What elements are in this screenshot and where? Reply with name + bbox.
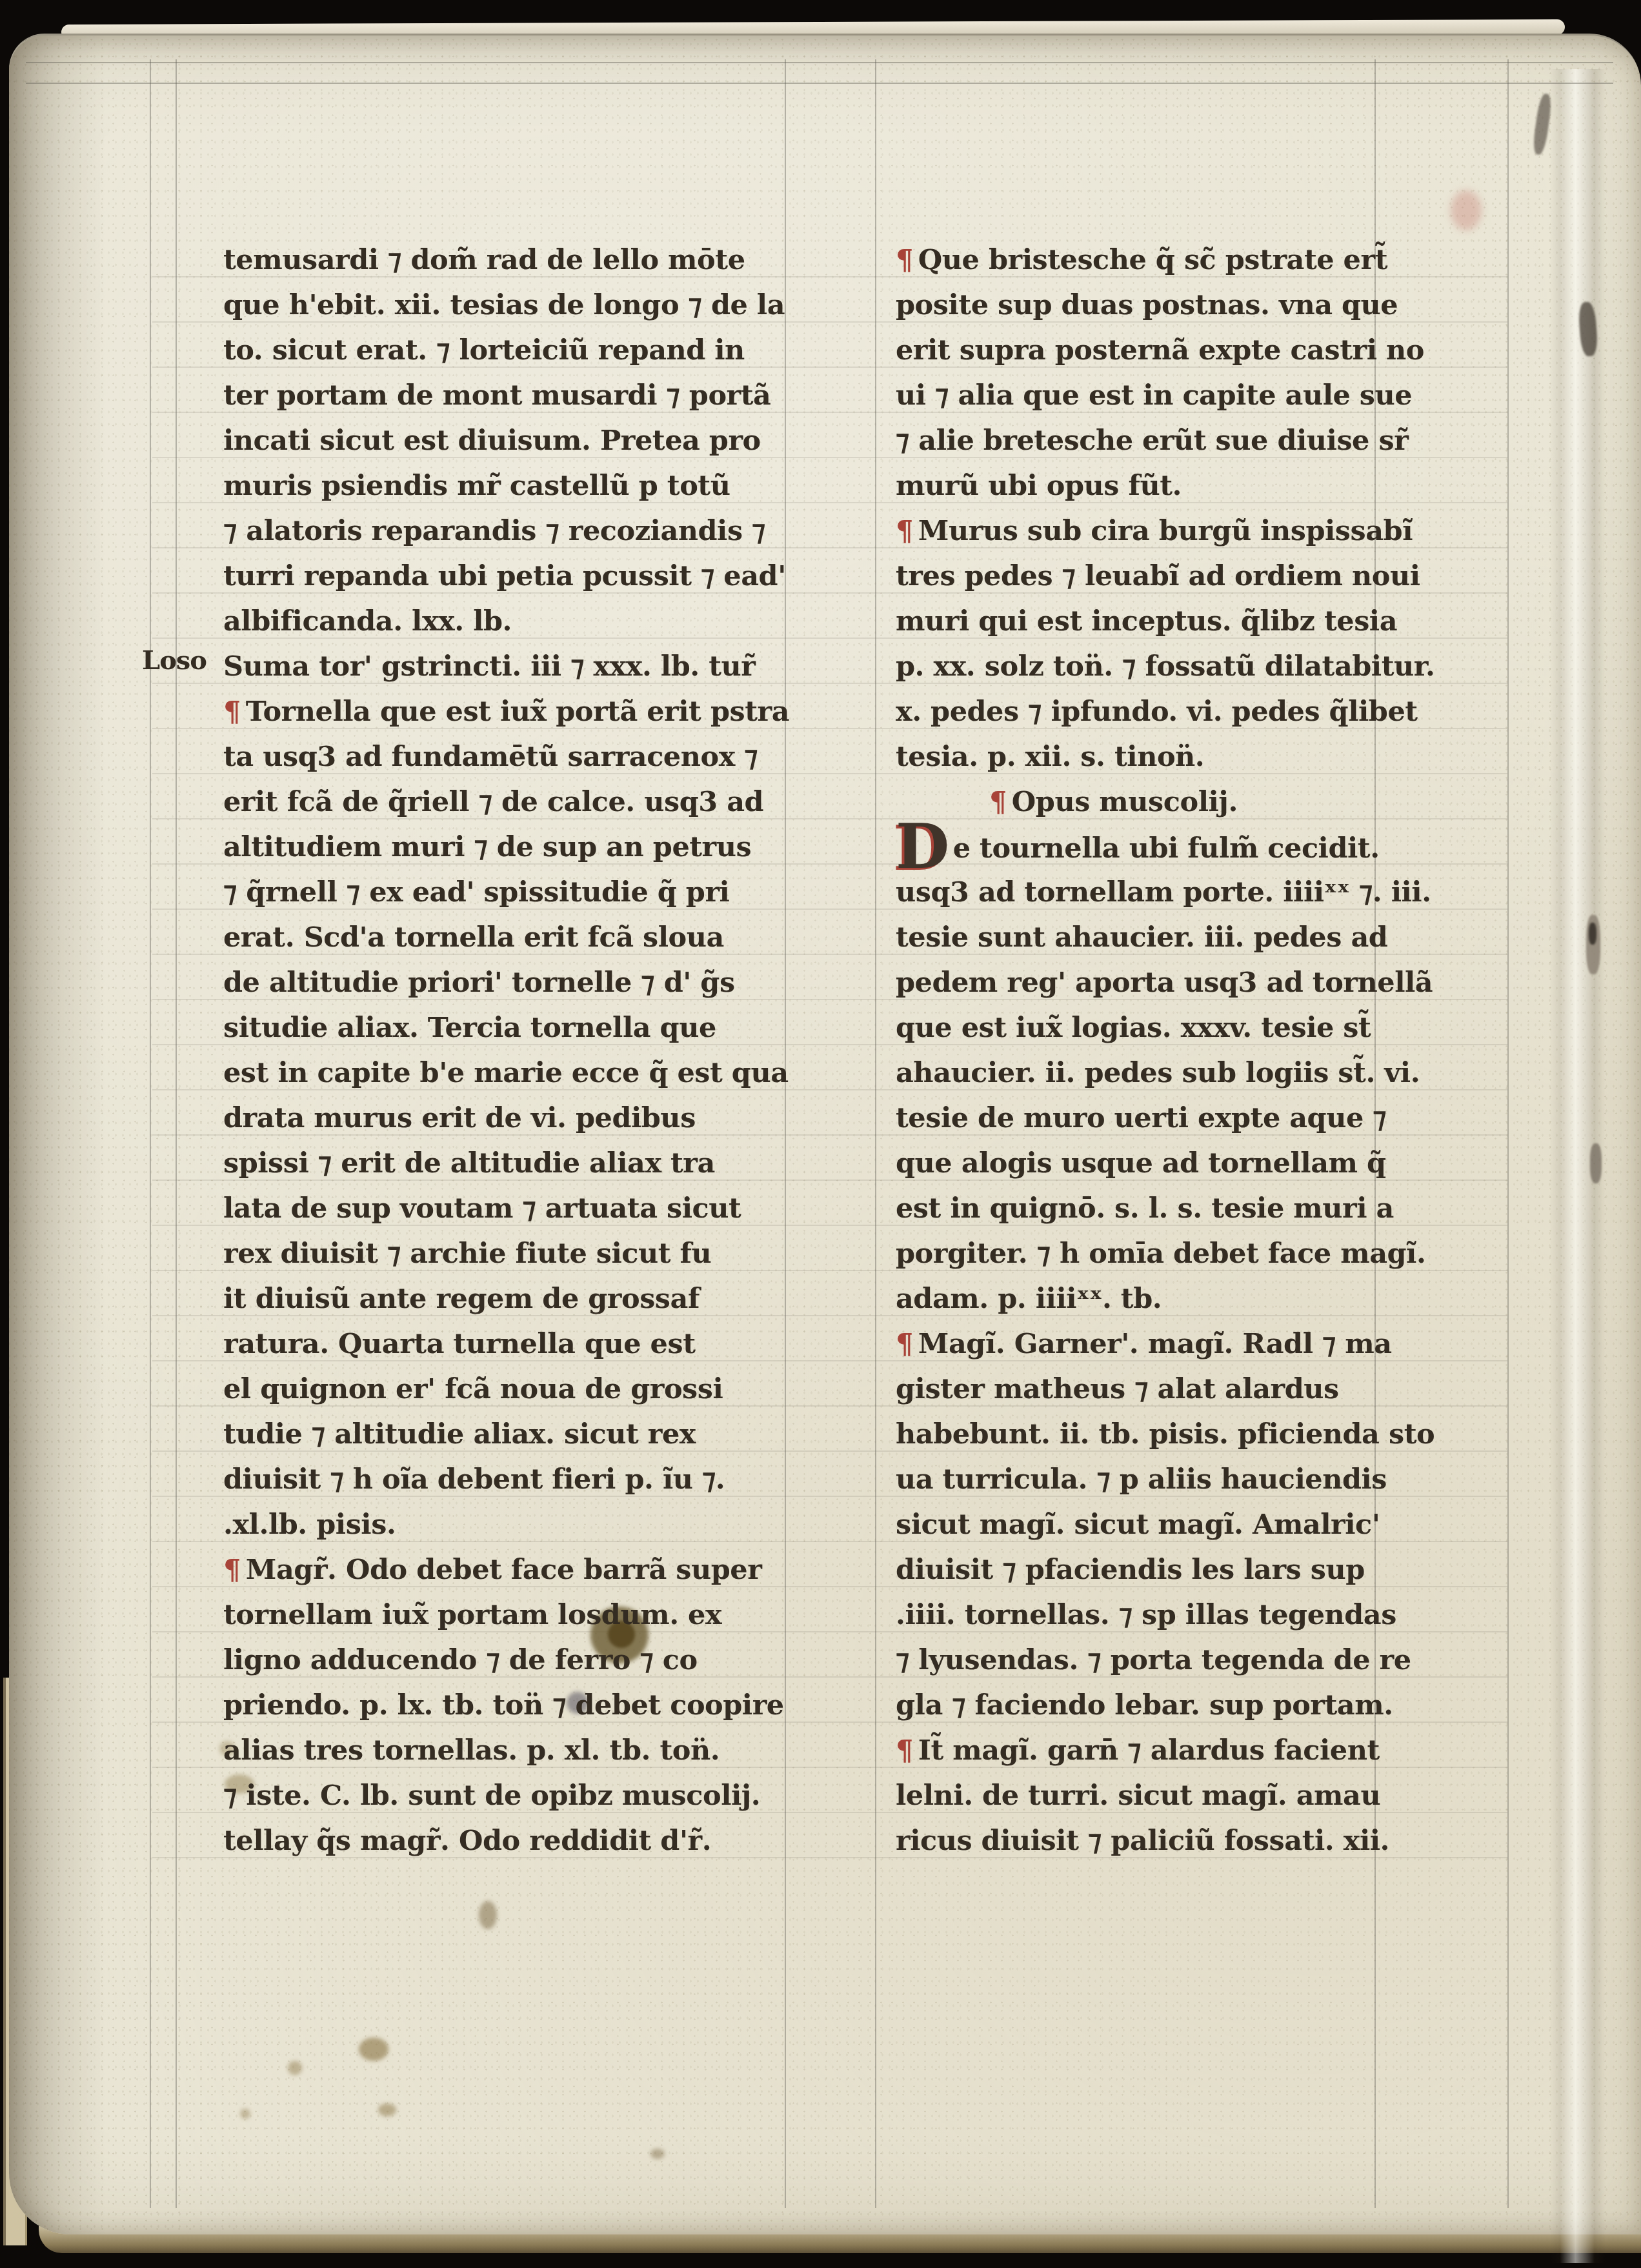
- line-text: muris psiendis mr̃ castellũ p totũ: [223, 470, 730, 502]
- text-line: que alogis usque ad tornellam q̃: [896, 1143, 1480, 1189]
- text-line: tellay q̃s magr̃. Odo reddidit d'r̃.: [223, 1821, 794, 1866]
- text-line: est in quignō. s. l. s. tesie muri a: [896, 1189, 1480, 1234]
- line-text: diuisit ⁊ h oĩa debent fieri p. ĩu ⁊.: [223, 1463, 725, 1496]
- text-line: .iiii. tornellas. ⁊ sp illas tegendas: [896, 1595, 1480, 1640]
- edge-tear-hole: [1589, 923, 1596, 945]
- text-line: it diuisũ ante regem de grossaf: [223, 1279, 794, 1324]
- line-text: usq3 ad tornellam porte. iiiiˣˣ ⁊. iii.: [896, 876, 1431, 908]
- line-text: alias tres tornellas. p. xl. tb. ton̈.: [223, 1734, 720, 1767]
- text-line: drata murus erit de vi. pedibus: [223, 1098, 794, 1143]
- text-line: ratura. Quarta turnella que est: [223, 1324, 794, 1369]
- line-text: turri repanda ubi petia pcussit ⁊ ead': [223, 560, 786, 592]
- line-text: ⁊ alatoris reparandis ⁊ recoziandis ⁊: [223, 515, 765, 547]
- line-text: ⁊ alie bretesche erũt sue diuise sr̃: [896, 425, 1408, 457]
- marginal-note: Loso: [142, 645, 206, 676]
- margin-rule-right-outer: [1507, 59, 1509, 2208]
- bottom-stain: [650, 2149, 665, 2159]
- text-line: tesie sunt ahaucier. iii. pedes ad: [896, 918, 1480, 963]
- text-line: ¶Magr̃. Odo debet face barrã super: [223, 1550, 794, 1595]
- line-text: drata murus erit de vi. pedibus: [223, 1102, 696, 1134]
- text-line: ui ⁊ alia que est in capite aule sue: [896, 376, 1480, 421]
- line-text: ua turricula. ⁊ p aliis hauciendis: [896, 1463, 1387, 1496]
- text-line: adam. p. iiiiˣˣ. tb.: [896, 1279, 1480, 1324]
- line-text: que alogis usque ad tornellam q̃: [896, 1147, 1386, 1179]
- text-line: ¶Tornella que est iux̃ portã erit pstra: [223, 692, 794, 737]
- manuscript-photo: { "colors":{"background":"#0c0907","parc…: [0, 0, 1641, 2268]
- text-line: altitudiem muri ⁊ de sup an petrus: [223, 827, 794, 872]
- text-line: ligno adducendo ⁊ de ferro ⁊ co: [223, 1640, 794, 1685]
- line-text: habebunt. ii. tb. pisis. pficienda sto: [896, 1418, 1435, 1450]
- rubric-mark: ¶: [896, 1734, 918, 1767]
- line-text: de altitudie priori' tornelle ⁊ d' g̃s: [223, 967, 735, 999]
- line-text: diuisit ⁊ pfaciendis les lars sup: [896, 1554, 1365, 1586]
- text-line: gister matheus ⁊ alat alardus: [896, 1369, 1480, 1414]
- bottom-stain: [288, 2061, 302, 2075]
- text-line: incati sicut est diuisum. Pretea pro: [223, 421, 794, 466]
- text-line: p. xx. solz ton̈. ⁊ fossatũ dilatabitur.: [896, 647, 1480, 692]
- text-line: gla ⁊ faciendo lebar. sup portam.: [896, 1685, 1480, 1731]
- line-text: ahaucier. ii. pedes sub logiis st̃. vi.: [896, 1057, 1420, 1089]
- rubric-mark: ¶: [896, 1328, 918, 1360]
- line-text: murũ ubi opus fũt.: [896, 470, 1182, 502]
- line-text: tesie sunt ahaucier. iii. pedes ad: [896, 921, 1387, 954]
- line-text: ta usq3 ad fundamētũ sarracenox ⁊: [223, 741, 758, 773]
- text-line: Suma tor' gstrincti. iii ⁊ xxx. lb. tur̃: [223, 647, 794, 692]
- text-line: tesia. p. xii. s. tinon̈.: [896, 737, 1480, 782]
- line-text: que est iux̃ logias. xxxv. tesie st̃: [896, 1012, 1371, 1044]
- line-text: ter portam de mont musardi ⁊ portã: [223, 379, 770, 412]
- text-line: tesie de muro uerti expte aque ⁊: [896, 1098, 1480, 1143]
- text-line: tres pedes ⁊ leuabĩ ad ordiem noui: [896, 556, 1480, 601]
- text-line: ¶Magĩ. Garner'. magĩ. Radl ⁊ ma: [896, 1324, 1480, 1369]
- text-line: el quignon er' fcã noua de grossi: [223, 1369, 794, 1414]
- text-line: spissi ⁊ erit de altitudie aliax tra: [223, 1143, 794, 1189]
- text-line: que h'ebit. xii. tesias de longo ⁊ de la: [223, 285, 794, 330]
- line-text: ratura. Quarta turnella que est: [223, 1328, 696, 1360]
- text-line: temusardi ⁊ dom̃ rad de lello mōte: [223, 240, 794, 285]
- left-text-column: temusardi ⁊ dom̃ rad de lello mōte que h…: [223, 240, 794, 1866]
- text-line: ¶Murus sub cira burgũ inspissabĩ: [896, 511, 1480, 556]
- text-line: ahaucier. ii. pedes sub logiis st̃. vi.: [896, 1053, 1480, 1098]
- line-text: sicut magĩ. sicut magĩ. Amalric': [896, 1509, 1380, 1541]
- text-line: ta usq3 ad fundamētũ sarracenox ⁊: [223, 737, 794, 782]
- text-line: tornellam iux̃ portam losdum. ex: [223, 1595, 794, 1640]
- text-line: usq3 ad tornellam porte. iiiiˣˣ ⁊. iii.: [896, 872, 1480, 918]
- text-line: ¶Que bristesche q̃ sc̃ pstrate ert̃: [896, 240, 1480, 285]
- line-text: el quignon er' fcã noua de grossi: [223, 1373, 723, 1405]
- text-line: ricus diuisit ⁊ paliciũ fossati. xii.: [896, 1821, 1480, 1866]
- text-line: turri repanda ubi petia pcussit ⁊ ead': [223, 556, 794, 601]
- line-text: spissi ⁊ erit de altitudie aliax tra: [223, 1147, 715, 1179]
- text-line: to. sicut erat. ⁊ lorteiciũ repand in: [223, 330, 794, 376]
- line-text: Opus muscolij.: [1012, 786, 1238, 818]
- line-text: incati sicut est diuisum. Pretea pro: [223, 425, 761, 457]
- line-text: situdie aliax. Tercia tornella que: [223, 1012, 716, 1044]
- line-text: albificanda. lxx. lb.: [223, 605, 512, 637]
- line-text: muri qui est inceptus. q̃libz tesia: [896, 605, 1397, 637]
- line-text: tellay q̃s magr̃. Odo reddidit d'r̃.: [223, 1825, 711, 1857]
- rubric-mark: ¶: [896, 244, 918, 276]
- text-line: pedem reg' aporta usq3 ad tornellã: [896, 963, 1480, 1008]
- text-line: priendo. p. lx. tb. ton̈ ⁊ debet coopire: [223, 1685, 794, 1731]
- text-line: ⁊ alie bretesche erũt sue diuise sr̃: [896, 421, 1480, 466]
- text-line: ⁊ lyusendas. ⁊ porta tegenda de re: [896, 1640, 1480, 1685]
- text-line: De tournella ubi fulm̃ cecidit.: [896, 827, 1480, 872]
- line-text: it diuisũ ante regem de grossaf: [223, 1283, 700, 1315]
- line-text: p. xx. solz ton̈. ⁊ fossatũ dilatabitur.: [896, 650, 1435, 683]
- text-line: diuisit ⁊ pfaciendis les lars sup: [896, 1550, 1480, 1595]
- text-line: alias tres tornellas. p. xl. tb. ton̈.: [223, 1731, 794, 1776]
- text-line: rex diuisit ⁊ archie fiute sicut fu: [223, 1234, 794, 1279]
- line-text: ligno adducendo ⁊ de ferro ⁊ co: [223, 1644, 698, 1676]
- line-text: pedem reg' aporta usq3 ad tornellã: [896, 967, 1433, 999]
- text-line: erit supra posternã expte castri no: [896, 330, 1480, 376]
- text-line: que est iux̃ logias. xxxv. tesie st̃: [896, 1008, 1480, 1053]
- line-text: priendo. p. lx. tb. ton̈ ⁊ debet coopire: [223, 1689, 784, 1721]
- line-text: Magr̃. Odo debet face barrã super: [246, 1554, 761, 1586]
- text-line: muri qui est inceptus. q̃libz tesia: [896, 601, 1480, 647]
- line-text: .xl.lb. pisis.: [223, 1509, 396, 1541]
- edge-tear: [1590, 1143, 1602, 1183]
- text-line: ¶Opus muscolij.: [896, 782, 1480, 827]
- line-text: Tornella que est iux̃ portã erit pstra: [246, 696, 789, 728]
- line-text: Murus sub cira burgũ inspissabĩ: [918, 515, 1413, 547]
- line-text: porgiter. ⁊ h omīa debet face magĩ.: [896, 1238, 1425, 1270]
- line-text: rex diuisit ⁊ archie fiute sicut fu: [223, 1238, 711, 1270]
- bottom-stain: [378, 2103, 396, 2116]
- line-text: .iiii. tornellas. ⁊ sp illas tegendas: [896, 1599, 1396, 1631]
- line-text: posite sup duas postnas. vna que: [896, 289, 1398, 321]
- line-text: e tournella ubi fulm̃ cecidit.: [953, 832, 1380, 865]
- bottom-stain: [359, 2038, 388, 2061]
- line-text: gister matheus ⁊ alat alardus: [896, 1373, 1339, 1405]
- line-text: Que bristesche q̃ sc̃ pstrate ert̃: [918, 244, 1387, 276]
- rubric-mark: ¶: [896, 515, 918, 547]
- line-text: lelni. de turri. sicut magĩ. amau: [896, 1780, 1380, 1812]
- red-smudge: [1451, 190, 1482, 230]
- rubric-mark: ¶: [989, 786, 1012, 818]
- line-text: ⁊ q̃rnell ⁊ ex ead' spissitudie q̃ pri: [223, 876, 729, 908]
- text-line: ⁊ q̃rnell ⁊ ex ead' spissitudie q̃ pri: [223, 872, 794, 918]
- line-text: est in quignō. s. l. s. tesie muri a: [896, 1192, 1394, 1225]
- text-line: tudie ⁊ altitudie aliax. sicut rex: [223, 1414, 794, 1460]
- top-rule-2: [26, 83, 1613, 84]
- text-line: lata de sup voutam ⁊ artuata sicut: [223, 1189, 794, 1234]
- line-text: ⁊ lyusendas. ⁊ porta tegenda de re: [896, 1644, 1411, 1676]
- text-line: erit fcã de q̃riell ⁊ de calce. usq3 ad: [223, 782, 794, 827]
- text-line: diuisit ⁊ h oĩa debent fieri p. ĩu ⁊.: [223, 1460, 794, 1505]
- top-rule-1: [26, 62, 1613, 63]
- text-line: .xl.lb. pisis.: [223, 1505, 794, 1550]
- text-line: ua turricula. ⁊ p aliis hauciendis: [896, 1460, 1480, 1505]
- line-text: altitudiem muri ⁊ de sup an petrus: [223, 831, 751, 863]
- text-line: situdie aliax. Tercia tornella que: [223, 1008, 794, 1053]
- text-line: porgiter. ⁊ h omīa debet face magĩ.: [896, 1234, 1480, 1279]
- line-text: que h'ebit. xii. tesias de longo ⁊ de la: [223, 289, 785, 321]
- line-text: tesia. p. xii. s. tinon̈.: [896, 741, 1204, 773]
- text-line: lelni. de turri. sicut magĩ. amau: [896, 1776, 1480, 1821]
- line-text: Magĩ. Garner'. magĩ. Radl ⁊ ma: [918, 1328, 1392, 1360]
- line-text: gla ⁊ faciendo lebar. sup portam.: [896, 1689, 1393, 1721]
- line-text: erat. Scd'a tornella erit fcã sloua: [223, 921, 724, 954]
- text-line: de altitudie priori' tornelle ⁊ d' g̃s: [223, 963, 794, 1008]
- line-text: est in capite b'e marie ecce q̃ est qua: [223, 1057, 789, 1089]
- rubric-mark: ¶: [223, 1554, 246, 1586]
- line-text: tesie de muro uerti expte aque ⁊: [896, 1102, 1386, 1134]
- text-line: albificanda. lxx. lb.: [223, 601, 794, 647]
- line-text: ⁊ iste. C. lb. sunt de opibz muscolij.: [223, 1780, 760, 1812]
- line-text: tres pedes ⁊ leuabĩ ad ordiem noui: [896, 560, 1420, 592]
- line-text: tornellam iux̃ portam losdum. ex: [223, 1599, 721, 1631]
- text-line: muris psiendis mr̃ castellũ p totũ: [223, 466, 794, 511]
- line-text: ui ⁊ alia que est in capite aule sue: [896, 379, 1412, 412]
- text-line: posite sup duas postnas. vna que: [896, 285, 1480, 330]
- line-text: It̃ magĩ. garn̄ ⁊ alardus facient: [918, 1734, 1380, 1767]
- line-text: lata de sup voutam ⁊ artuata sicut: [223, 1192, 741, 1225]
- line-text: Suma tor' gstrincti. iii ⁊ xxx. lb. tur̃: [223, 650, 755, 683]
- text-line: ter portam de mont musardi ⁊ portã: [223, 376, 794, 421]
- bottom-stain: [479, 1901, 497, 1929]
- right-text-column: ¶Que bristesche q̃ sc̃ pstrate ert̃ posi…: [896, 240, 1480, 1866]
- line-text: ricus diuisit ⁊ paliciũ fossati. xii.: [896, 1825, 1389, 1857]
- line-text: to. sicut erat. ⁊ lorteiciũ repand in: [223, 334, 745, 366]
- line-text: adam. p. iiiiˣˣ. tb.: [896, 1283, 1162, 1315]
- line-text: erit fcã de q̃riell ⁊ de calce. usq3 ad: [223, 786, 763, 818]
- text-line: murũ ubi opus fũt.: [896, 466, 1480, 511]
- text-line: habebunt. ii. tb. pisis. pficienda sto: [896, 1414, 1480, 1460]
- line-text: tudie ⁊ altitudie aliax. sicut rex: [223, 1418, 696, 1450]
- text-line: ⁊ alatoris reparandis ⁊ recoziandis ⁊: [223, 511, 794, 556]
- text-line: est in capite b'e marie ecce q̃ est qua: [223, 1053, 794, 1098]
- bottom-stain: [240, 2109, 250, 2119]
- line-text: temusardi ⁊ dom̃ rad de lello mōte: [223, 244, 745, 276]
- text-line: sicut magĩ. sicut magĩ. Amalric': [896, 1505, 1480, 1550]
- rubric-mark: ¶: [223, 696, 246, 728]
- margin-rule-left-outer: [150, 59, 151, 2208]
- line-text: erit supra posternã expte castri no: [896, 334, 1424, 366]
- line-text: x. pedes ⁊ ipfundo. vi. pedes q̃libet: [896, 696, 1418, 728]
- text-line: erat. Scd'a tornella erit fcã sloua: [223, 918, 794, 963]
- text-line: x. pedes ⁊ ipfundo. vi. pedes q̃libet: [896, 692, 1480, 737]
- text-line: ¶It̃ magĩ. garn̄ ⁊ alardus facient: [896, 1731, 1480, 1776]
- text-line: ⁊ iste. C. lb. sunt de opibz muscolij.: [223, 1776, 794, 1821]
